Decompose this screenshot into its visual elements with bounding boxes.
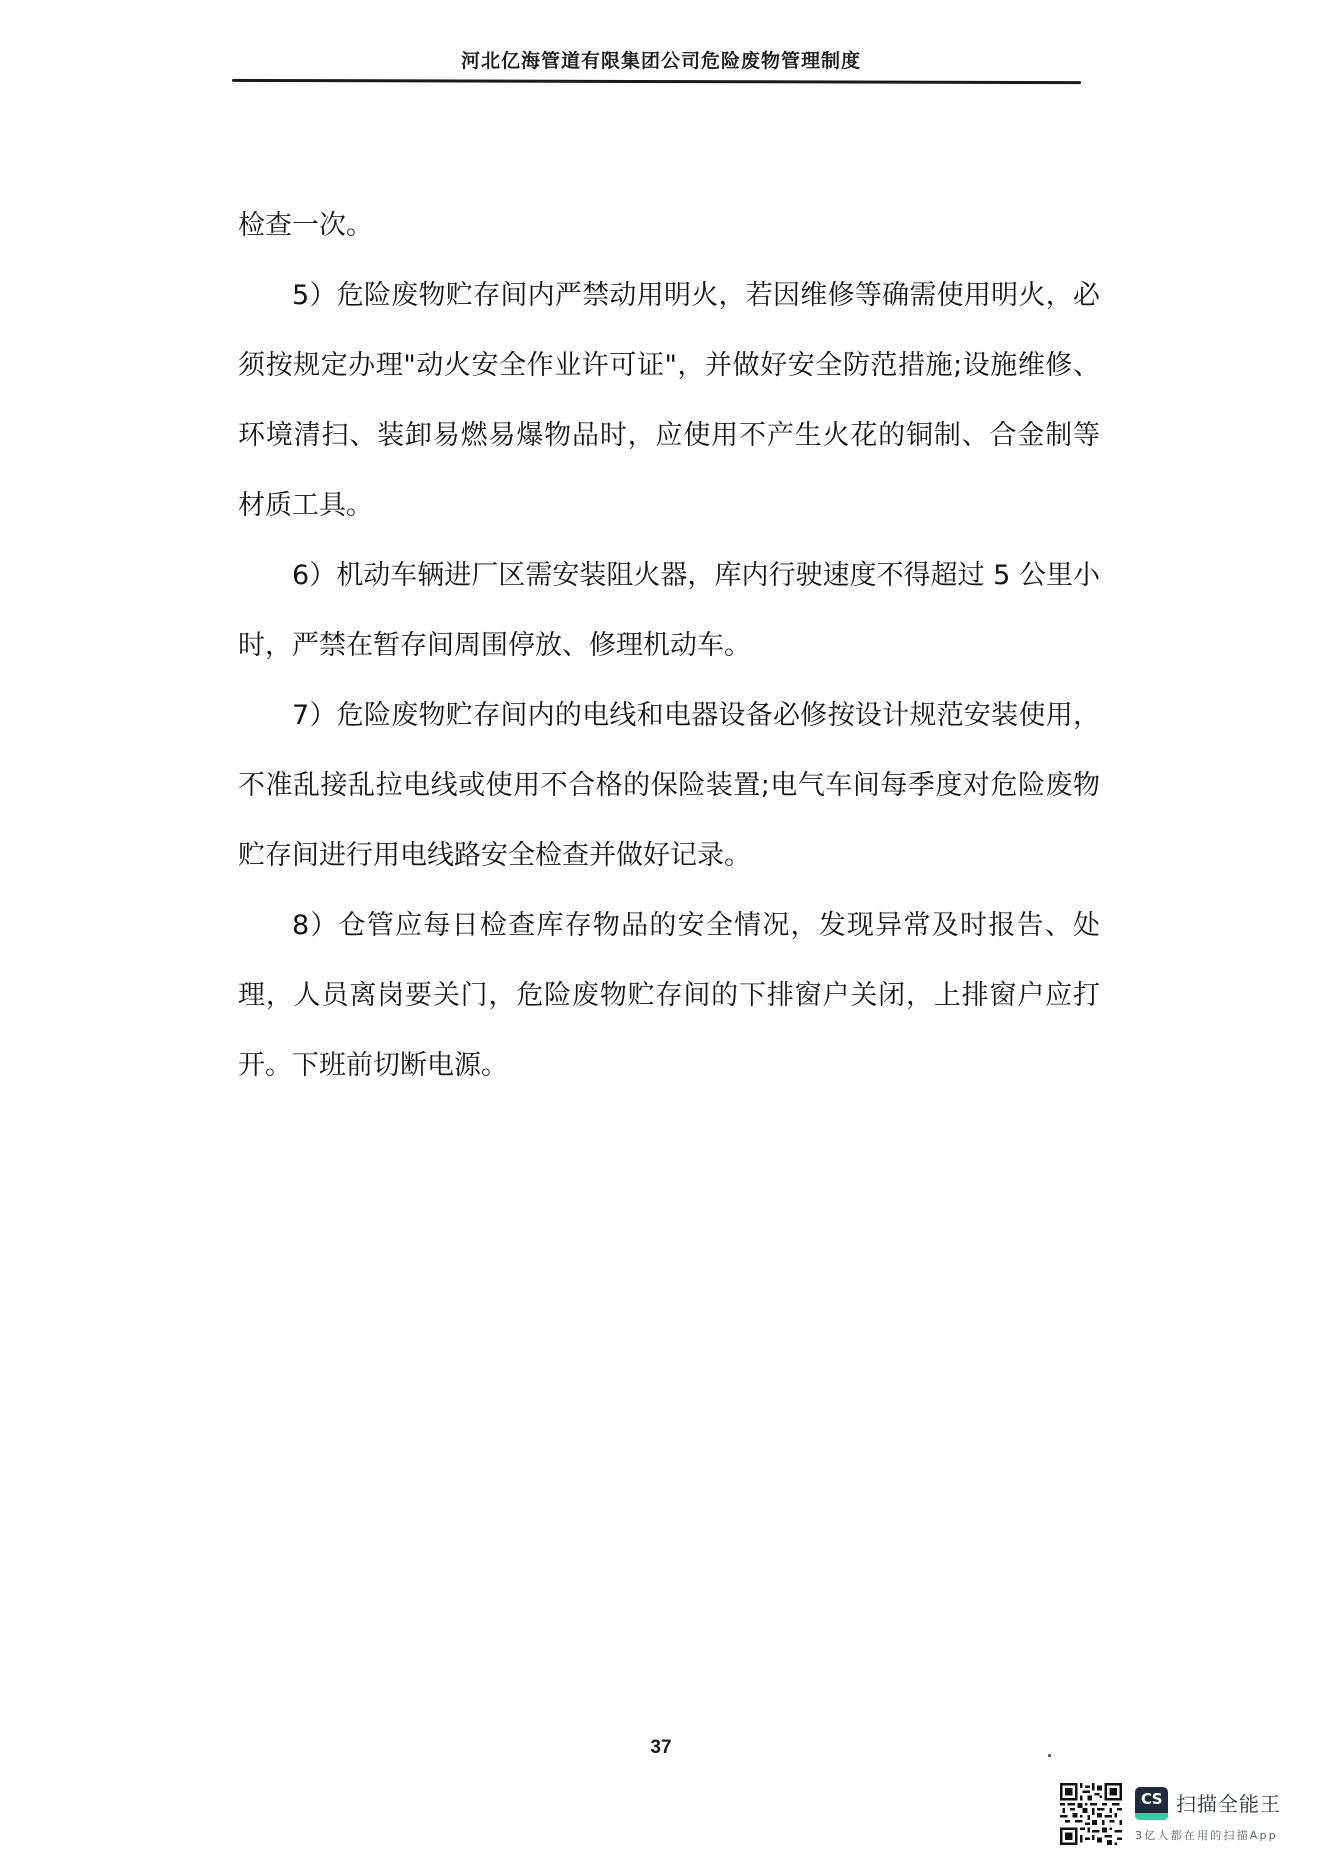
brand-name: 扫描全能王 [1176, 1788, 1281, 1817]
page-number: 37 [0, 1737, 1322, 1759]
paragraph-item-7: 7）危险废物贮存间内的电线和电器设备必修按设计规范安装使用，不准乱接乱拉电线或使… [238, 681, 1100, 891]
scanner-watermark: CS 扫描全能王 3亿人都在用的扫描App [1060, 1783, 1310, 1849]
paragraph-item-5: 5）危险废物贮存间内严禁动用明火，若因维修等确需使用明火，必须按规定办理"动火安… [238, 261, 1100, 541]
brand-tagline: 3亿人都在用的扫描App [1135, 1827, 1278, 1843]
paragraph-item-6: 6）机动车辆进厂区需安装阻火器，库内行驶速度不得超过 5 公里小时，严禁在暂存间… [238, 541, 1100, 681]
paragraph-continuation: 检查一次。 [238, 191, 1100, 261]
logo-text: CS [1135, 1790, 1168, 1808]
document-body: 检查一次。 5）危险废物贮存间内严禁动用明火，若因维修等确需使用明火，必须按规定… [238, 191, 1100, 1101]
scan-speck [1048, 1754, 1051, 1757]
logo-accent-bar [1135, 1813, 1168, 1820]
document-header-title: 河北亿海管道有限集团公司危险废物管理制度 [0, 46, 1322, 73]
paragraph-item-8: 8）仓管应每日检查库存物品的安全情况，发现异常及时报告、处理，人员离岗要关门，危… [238, 891, 1100, 1101]
header-divider [232, 79, 1081, 84]
qr-code-icon [1060, 1783, 1122, 1845]
camscanner-logo-icon: CS [1135, 1787, 1168, 1820]
